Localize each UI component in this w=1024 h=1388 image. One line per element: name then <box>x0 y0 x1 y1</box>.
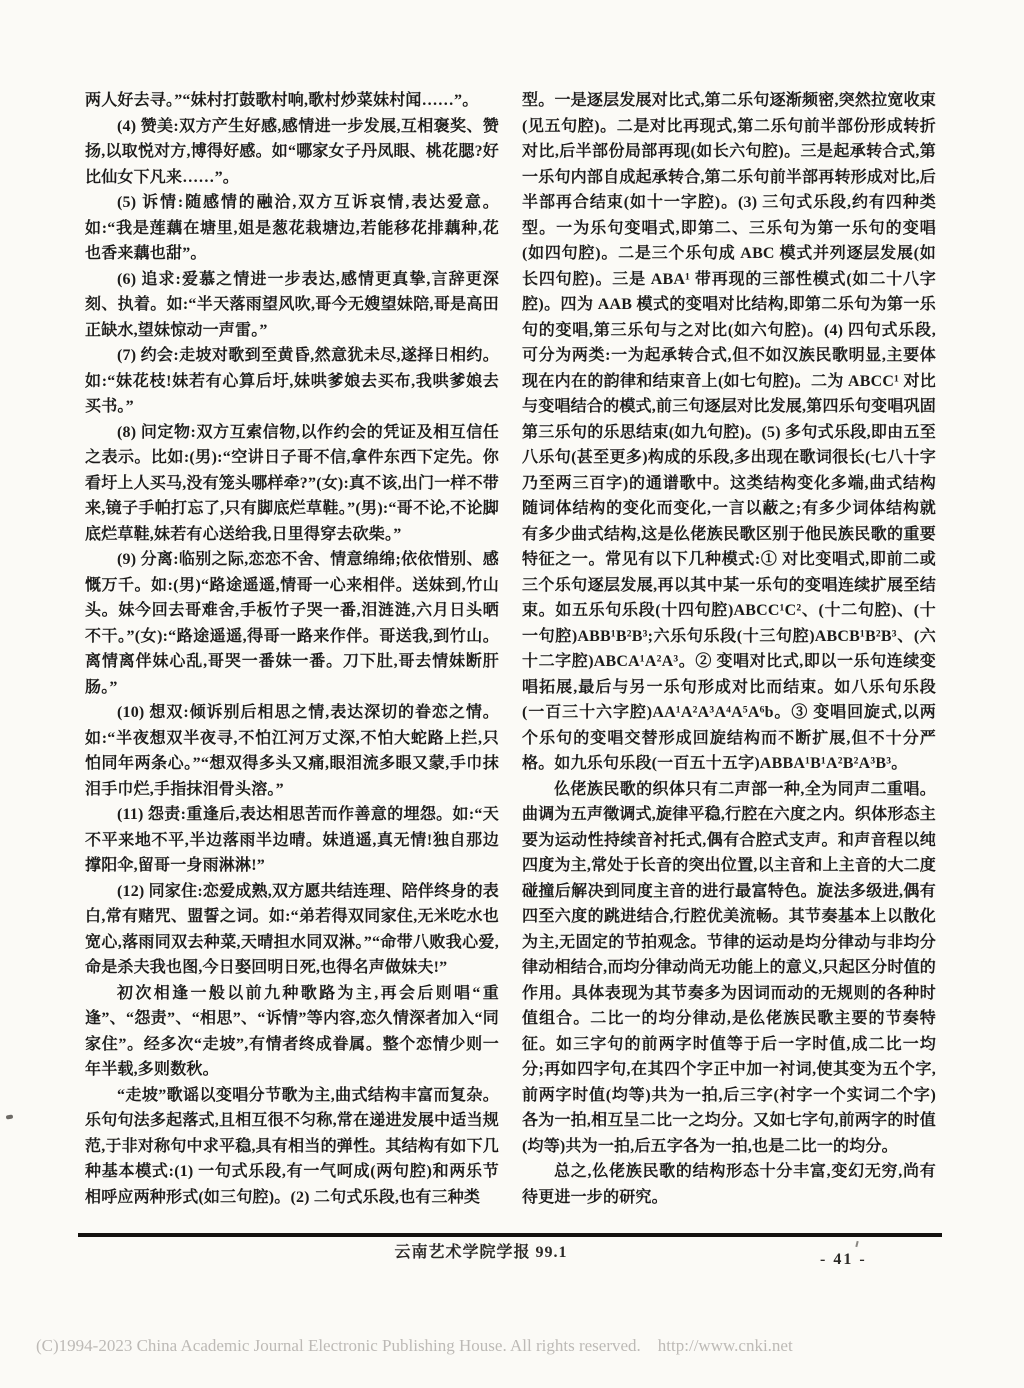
right-text-column: 型。一是逐层发展对比式,第二乐句逐渐频密,突然拉宽收束(见五句腔)。二是对比再现… <box>522 88 936 1234</box>
paragraph: (11) 怨责:重逢后,表达相思苦而作善意的埋怨。如:“天不平来地不平,半边落雨… <box>85 802 499 879</box>
paragraph: (8) 问定物:双方互索信物,以作约会的凭证及相互信任之表示。比如:(男):“空… <box>85 420 499 548</box>
paragraph: (12) 同家住:恋爱成熟,双方愿共结连理、陪伴终身的表白,常有赌咒、盟誓之词。… <box>85 879 499 981</box>
paragraph: (10) 想双:倾诉别后相思之情,表达深切的眷恋之情。如:“半夜想双半夜寻,不怕… <box>85 700 499 802</box>
paragraph: (9) 分离:临别之际,恋恋不舍、情意绵绵;依依惜别、感慨万千。如:(男)“路途… <box>85 547 499 700</box>
paragraph: (6) 追求:爱慕之情进一步表达,感情更真挚,言辞更深刻、执着。如:“半天落雨望… <box>85 267 499 344</box>
footer-divider-rule <box>78 1233 942 1237</box>
paragraph: (7) 约会:走坡对歌到至黄昏,然意犹未尽,遂择日相约。如:“妹花枝!妹若有心算… <box>85 343 499 420</box>
paragraph: 型。一是逐层发展对比式,第二乐句逐渐频密,突然拉宽收束(见五句腔)。二是对比再现… <box>522 88 936 777</box>
scanned-journal-page: 两人好去寻。”“妹村打鼓歌村响,歌村炒菜妹村闻……”。(4) 赞美:双方产生好感… <box>0 0 1024 1388</box>
paragraph: “走坡”歌谣以变唱分节歌为主,曲式结构丰富而复杂。乐句句法多起落式,且相互很不匀… <box>85 1083 499 1211</box>
paragraph: (4) 赞美:双方产生好感,感情进一步发展,互相褒奖、赞扬,以取悦对方,博得好感… <box>85 114 499 191</box>
page-number: - 41 - <box>820 1251 867 1269</box>
paragraph: 初次相逢一般以前九种歌路为主,再会后则唱“重逢”、“怨责”、“相思”、“诉情”等… <box>85 981 499 1083</box>
journal-title: 云南艺术学院学报 99.1 <box>0 1239 962 1262</box>
paragraph: (5) 诉情:随感情的融洽,双方互诉哀情,表达爱意。如:“我是莲藕在塘里,姐是葱… <box>85 190 499 267</box>
paragraph: 总之,仫佬族民歌的结构形态十分丰富,变幻无穷,尚有待更进一步的研究。 <box>522 1159 936 1210</box>
left-text-column: 两人好去寻。”“妹村打鼓歌村响,歌村炒菜妹村闻……”。(4) 赞美:双方产生好感… <box>85 88 499 1234</box>
scan-artifact-speck <box>6 1115 13 1120</box>
paragraph: 仫佬族民歌的织体只有二声部一种,全为同声二重唱。曲调为五声徵调式,旋律平稳,行腔… <box>522 777 936 1160</box>
cnki-copyright-watermark: (C)1994-2023 China Academic Journal Elec… <box>36 1336 793 1356</box>
paragraph: 两人好去寻。”“妹村打鼓歌村响,歌村炒菜妹村闻……”。 <box>85 88 499 114</box>
